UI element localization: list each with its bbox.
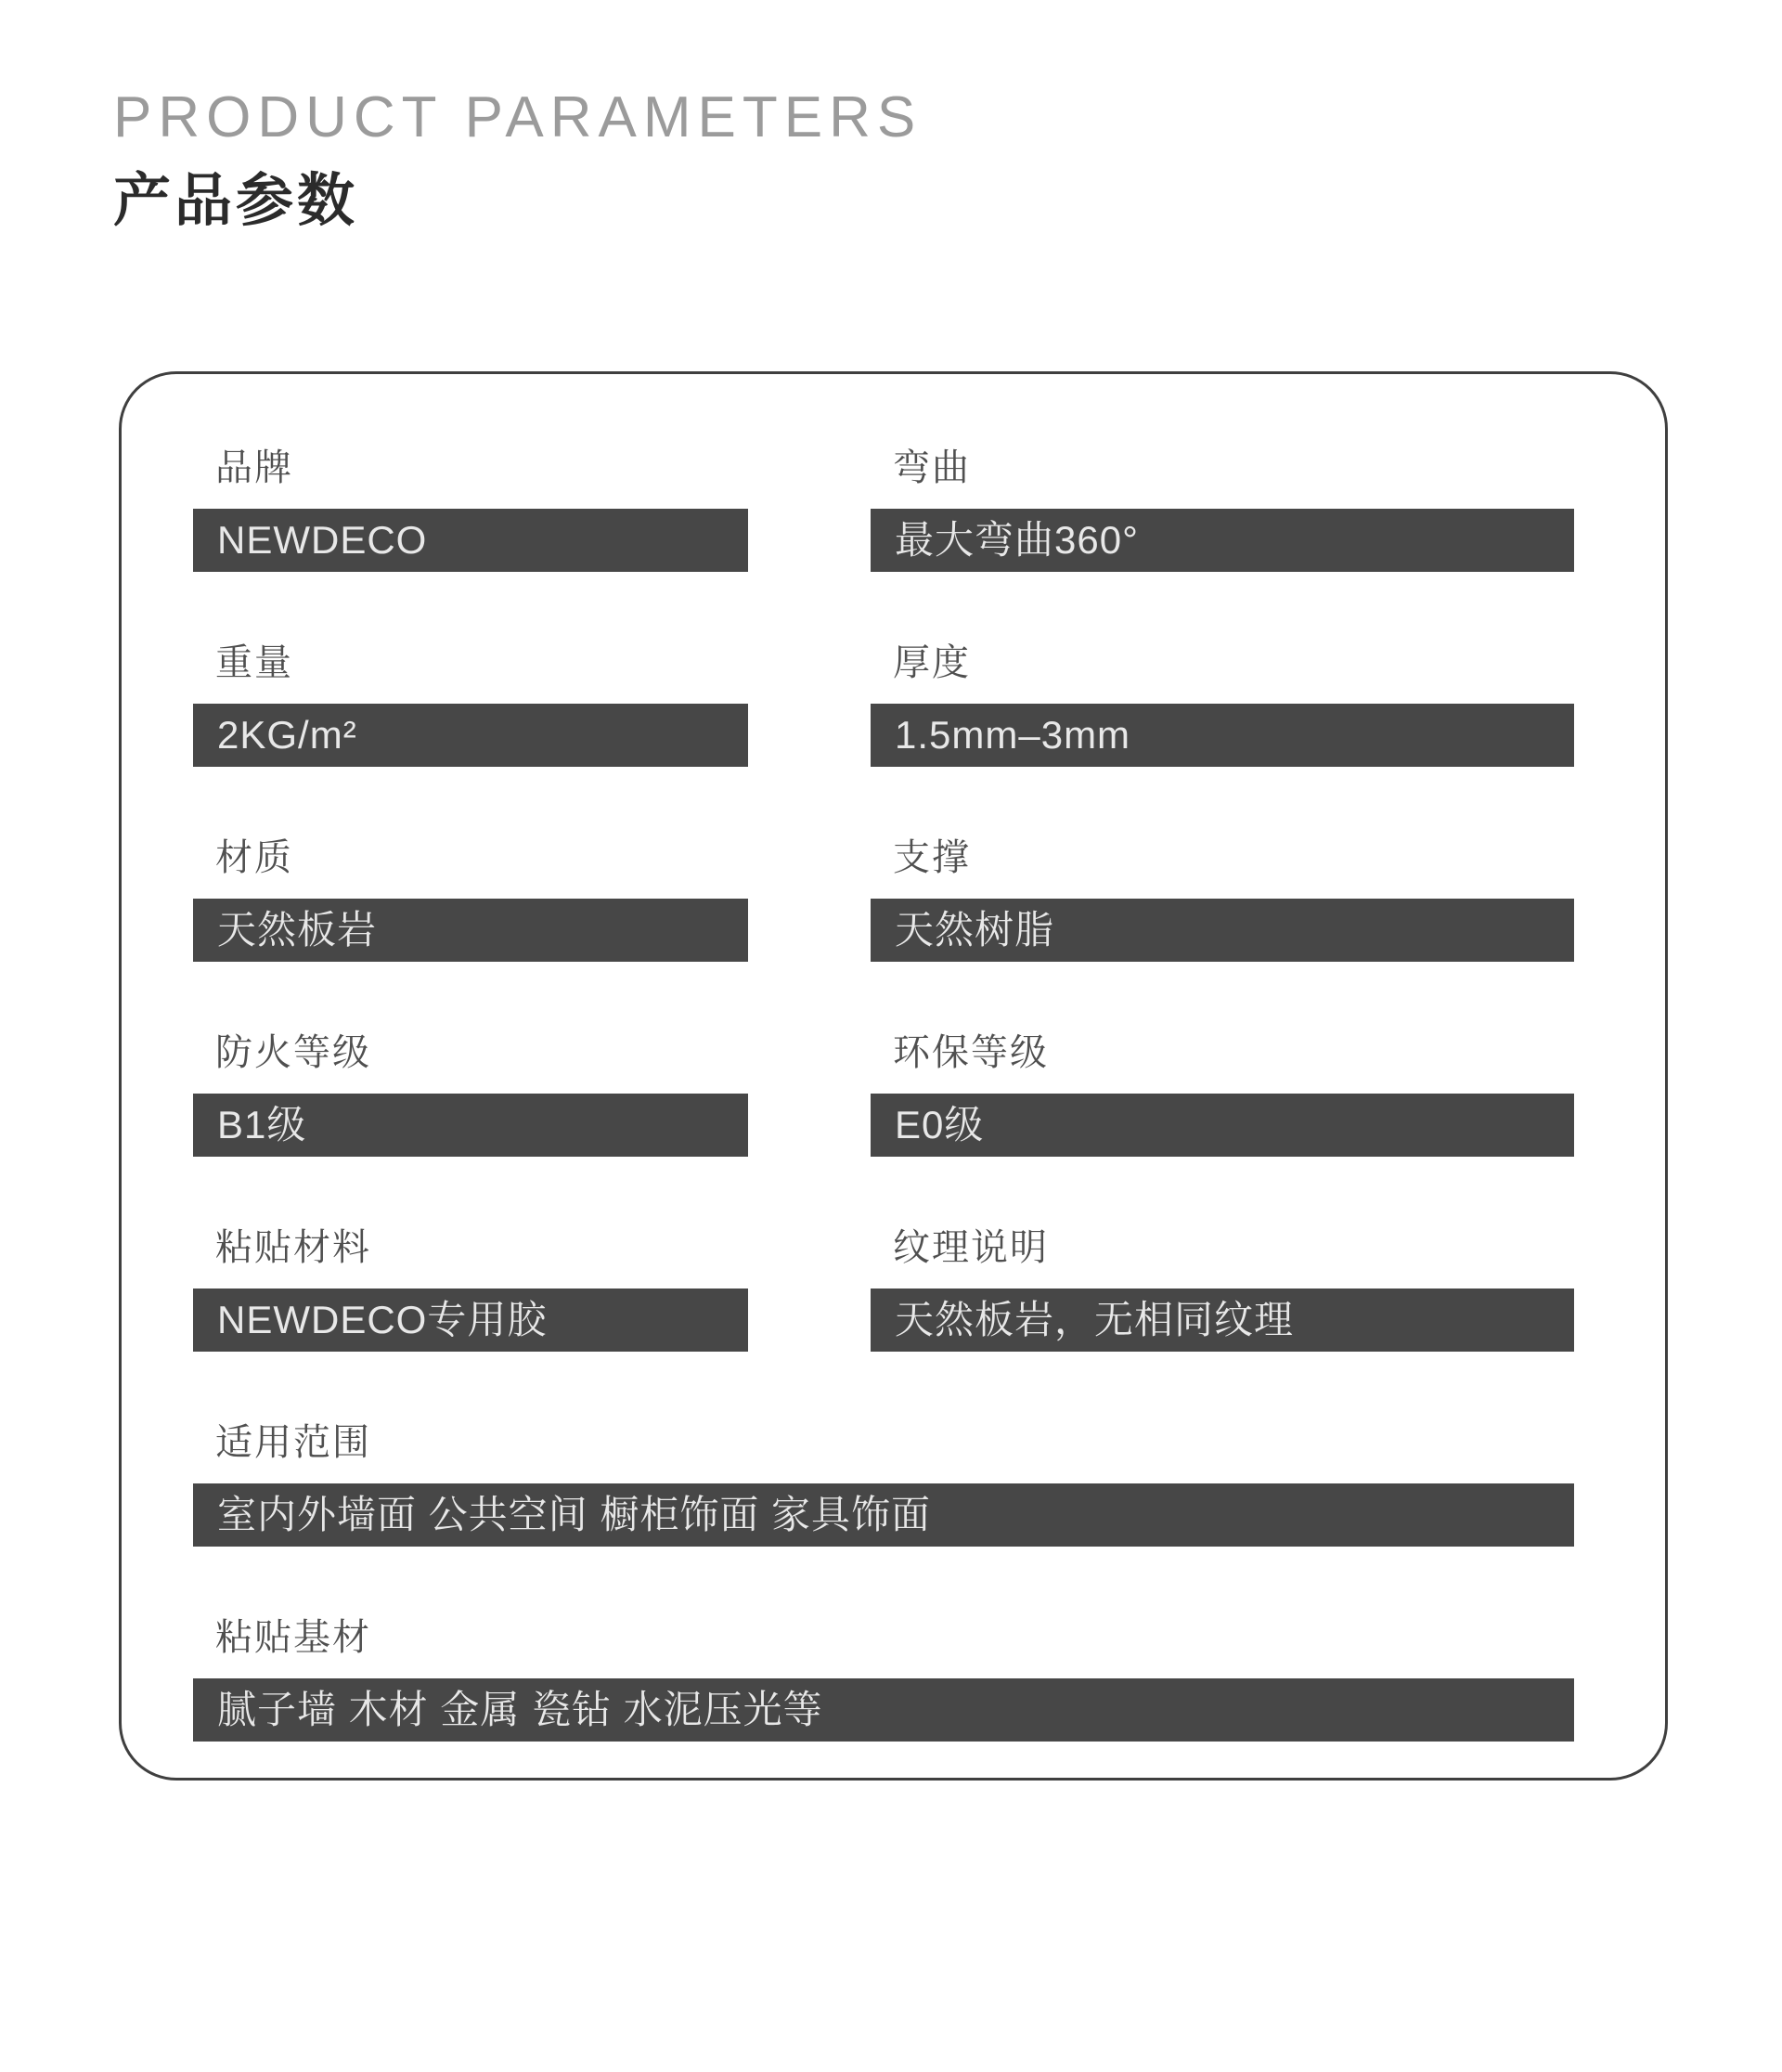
param-value-adhesive: NEWDECO专用胶 <box>193 1289 748 1352</box>
parameters-grid: 品牌 NEWDECO 弯曲 最大弯曲360° 重量 2KG/m² 厚度 1.5m… <box>193 447 1569 1811</box>
param-value-thickness: 1.5mm–3mm <box>871 704 1574 767</box>
param-label-application-scope: 适用范围 <box>215 1421 1574 1465</box>
param-field-fire-rating: 防火等级 B1级 <box>193 1031 748 1157</box>
param-label-weight: 重量 <box>215 641 748 685</box>
product-parameters-page: PRODUCT PARAMETERS 产品参数 品牌 NEWDECO 弯曲 最大… <box>0 0 1782 2072</box>
param-field-brand: 品牌 NEWDECO <box>193 447 748 572</box>
param-field-support: 支撑 天然树脂 <box>871 836 1574 962</box>
param-field-thickness: 厚度 1.5mm–3mm <box>871 641 1574 767</box>
param-label-support: 支撑 <box>893 836 1574 880</box>
parameters-panel: 品牌 NEWDECO 弯曲 最大弯曲360° 重量 2KG/m² 厚度 1.5m… <box>119 371 1668 1781</box>
param-field-eco-rating: 环保等级 E0级 <box>871 1031 1574 1157</box>
param-value-brand: NEWDECO <box>193 509 748 572</box>
param-label-bending: 弯曲 <box>893 447 1574 490</box>
page-title-cn: 产品参数 <box>113 173 922 230</box>
param-value-eco-rating: E0级 <box>871 1094 1574 1157</box>
param-label-substrate: 粘贴基材 <box>215 1616 1574 1660</box>
param-value-support: 天然树脂 <box>871 899 1574 962</box>
param-value-fire-rating: B1级 <box>193 1094 748 1157</box>
page-header: PRODUCT PARAMETERS 产品参数 <box>113 89 922 230</box>
param-label-material: 材质 <box>215 836 748 880</box>
param-field-application-scope: 适用范围 室内外墙面 公共空间 橱柜饰面 家具饰面 <box>193 1421 1574 1547</box>
param-field-weight: 重量 2KG/m² <box>193 641 748 767</box>
param-label-eco-rating: 环保等级 <box>893 1031 1574 1075</box>
param-label-brand: 品牌 <box>215 447 748 490</box>
param-field-bending: 弯曲 最大弯曲360° <box>871 447 1574 572</box>
param-value-material: 天然板岩 <box>193 899 748 962</box>
param-value-texture-note: 天然板岩，无相同纹理 <box>871 1289 1574 1352</box>
param-field-adhesive: 粘贴材料 NEWDECO专用胶 <box>193 1226 748 1352</box>
page-title-en: PRODUCT PARAMETERS <box>113 89 922 147</box>
param-value-substrate: 腻子墙 木材 金属 瓷钻 水泥压光等 <box>193 1678 1574 1742</box>
param-label-fire-rating: 防火等级 <box>215 1031 748 1075</box>
param-field-material: 材质 天然板岩 <box>193 836 748 962</box>
param-label-texture-note: 纹理说明 <box>893 1226 1574 1270</box>
param-field-substrate: 粘贴基材 腻子墙 木材 金属 瓷钻 水泥压光等 <box>193 1616 1574 1742</box>
param-label-thickness: 厚度 <box>893 641 1574 685</box>
param-label-adhesive: 粘贴材料 <box>215 1226 748 1270</box>
param-value-application-scope: 室内外墙面 公共空间 橱柜饰面 家具饰面 <box>193 1483 1574 1547</box>
param-field-texture-note: 纹理说明 天然板岩，无相同纹理 <box>871 1226 1574 1352</box>
param-value-bending: 最大弯曲360° <box>871 509 1574 572</box>
param-value-weight: 2KG/m² <box>193 704 748 767</box>
